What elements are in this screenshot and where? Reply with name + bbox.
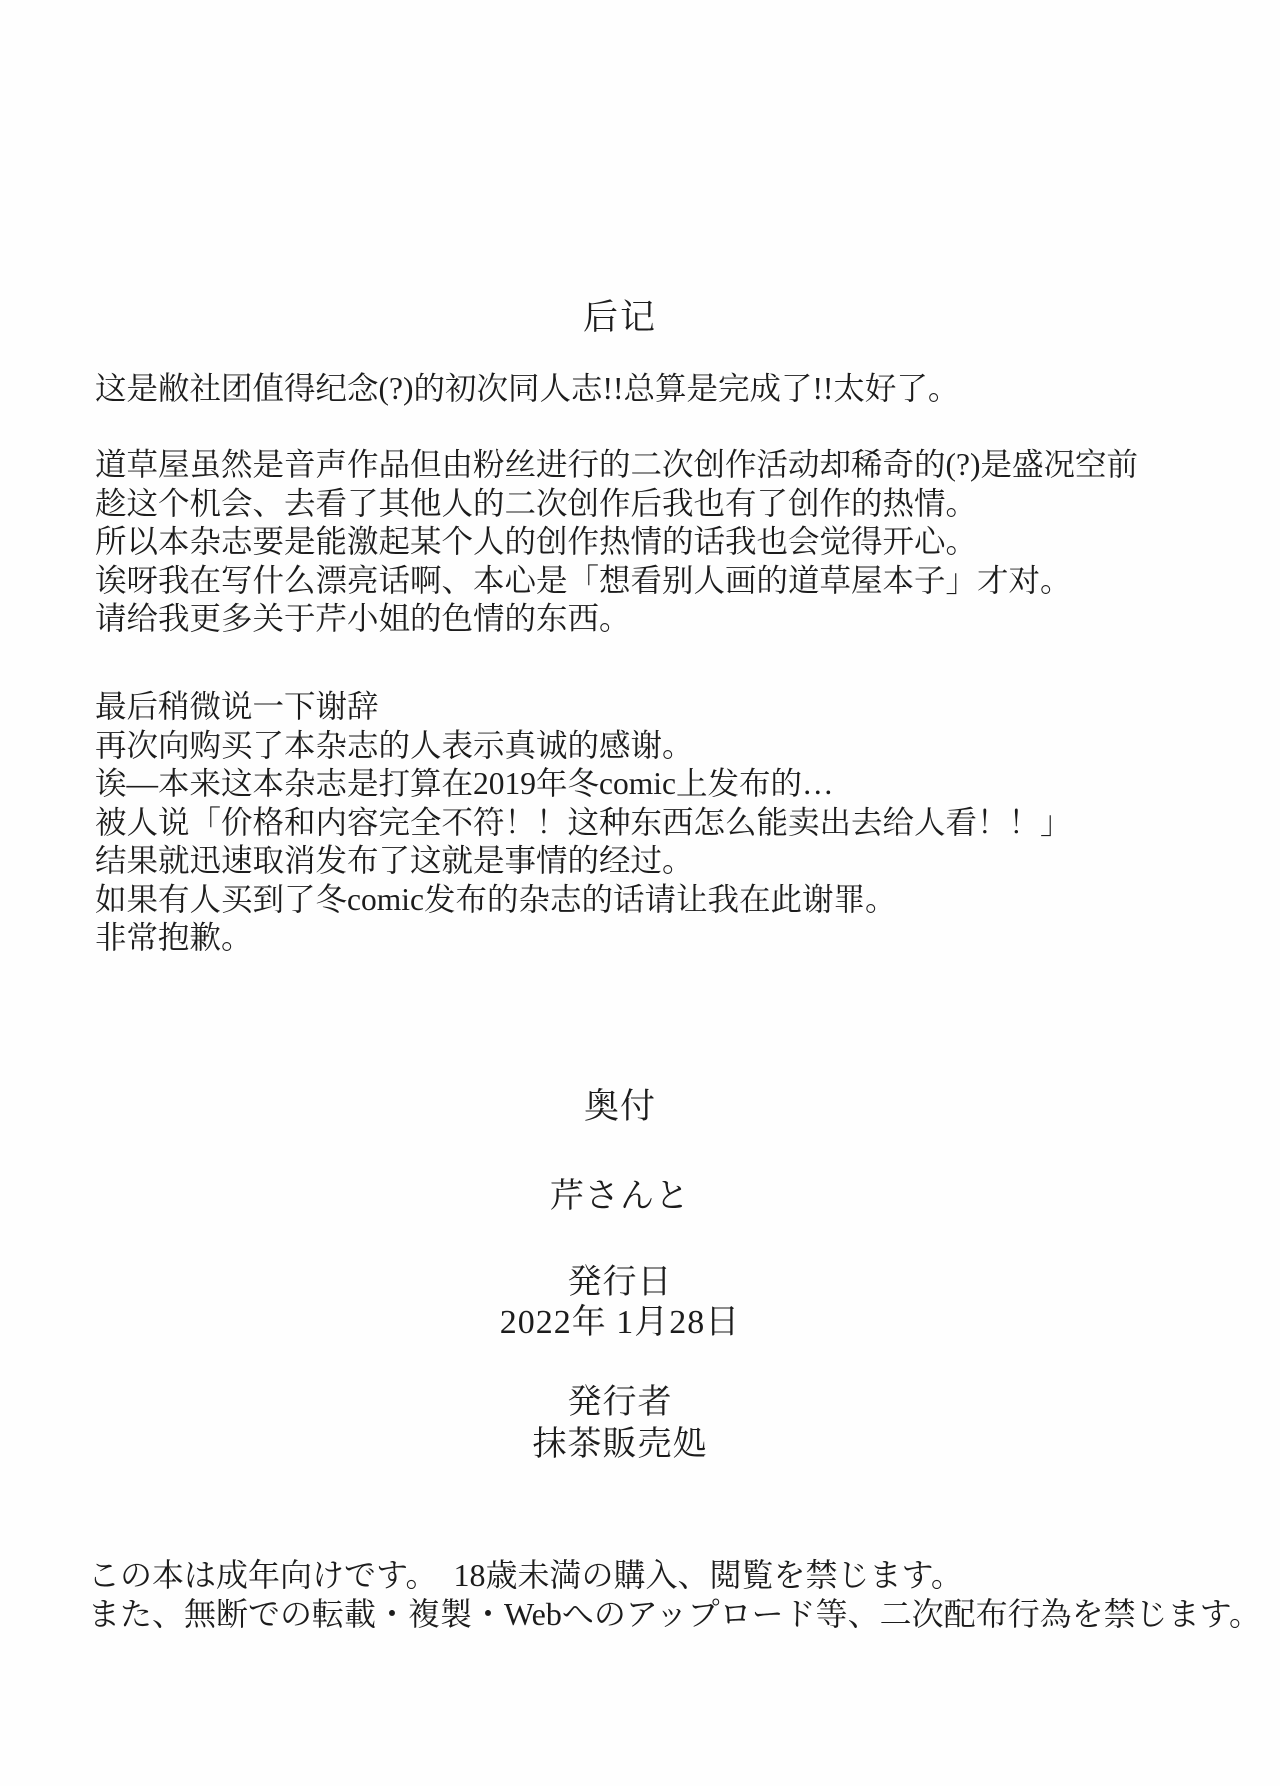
notice-line: この本は成年向けです。 18歳未満の購入、閲覧を禁じます。 — [88, 1556, 1248, 1595]
afterword-paragraph-creation: 道草屋虽然是音声作品但由粉丝进行的二次创作活动却稀奇的(?)是盛况空前 趁这个机… — [95, 446, 1215, 639]
paragraph-line: 如果有人买到了冬comic发布的杂志的话请让我在此谢罪。 — [95, 881, 1215, 920]
paragraph-line: 再次向购买了本杂志的人表示真诚的感谢。 — [95, 727, 1215, 766]
colophon-date-label: 発行日 — [95, 1262, 1145, 1304]
adult-content-notice: この本は成年向けです。 18歳未満の購入、閲覧を禁じます。 また、無断での転載・… — [88, 1556, 1248, 1634]
paragraph-line: 诶—本来这本杂志是打算在2019年冬comic上发布的… — [95, 765, 1215, 804]
colophon-heading: 奥付 — [95, 1086, 1145, 1128]
paragraph-line: 最后稍微说一下谢辞 — [95, 688, 1215, 727]
notice-line: また、無断での転載・複製・Webへのアップロード等、二次配布行為を禁じます。 — [88, 1595, 1248, 1634]
paragraph-line: 诶呀我在写什么漂亮话啊、本心是「想看别人画的道草屋本子」才对。 — [95, 562, 1215, 601]
colophon-publisher-label: 発行者 — [95, 1382, 1145, 1424]
colophon-book-title: 芹さんと — [95, 1176, 1145, 1218]
colophon-date-value: 2022年 1月28日 — [95, 1302, 1145, 1344]
page-title: 后记 — [95, 290, 1145, 340]
paragraph-line: 非常抱歉。 — [95, 919, 1215, 958]
paragraph-line: 被人说「价格和内容完全不符！！这种东西怎么能卖出去给人看！！」 — [95, 804, 1215, 843]
afterword-intro-paragraph: 这是敝社团值得纪念(?)的初次同人志!!总算是完成了!!太好了。 — [95, 370, 1215, 409]
afterword-page: 后记 这是敝社团值得纪念(?)的初次同人志!!总算是完成了!!太好了。 道草屋虽… — [0, 0, 1280, 1786]
paragraph-line: 请给我更多关于芹小姐的色情的东西。 — [95, 600, 1215, 639]
paragraph-line: 结果就迅速取消发布了这就是事情的经过。 — [95, 842, 1215, 881]
paragraph-line: 所以本杂志要是能激起某个人的创作热情的话我也会觉得开心。 — [95, 523, 1215, 562]
paragraph-line: 趁这个机会、去看了其他人的二次创作后我也有了创作的热情。 — [95, 485, 1215, 524]
afterword-paragraph-thanks: 最后稍微说一下谢辞 再次向购买了本杂志的人表示真诚的感谢。 诶—本来这本杂志是打… — [95, 688, 1215, 958]
paragraph-line: 道草屋虽然是音声作品但由粉丝进行的二次创作活动却稀奇的(?)是盛况空前 — [95, 446, 1215, 485]
colophon-publisher-value: 抹茶販売処 — [95, 1424, 1145, 1466]
